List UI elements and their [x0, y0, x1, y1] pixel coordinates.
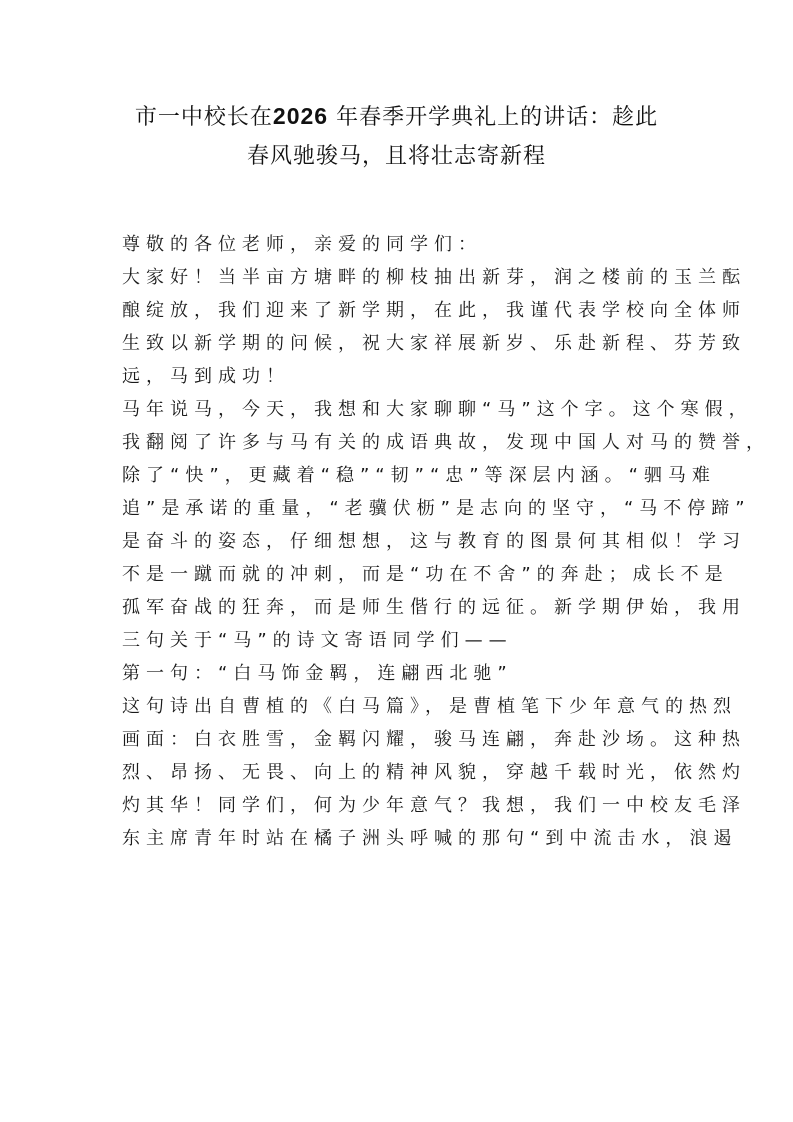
- title-line-2: 春风驰骏马，且将壮志寄新程: [100, 137, 693, 176]
- title-line-1: 市一中校长在2026 年春季开学典礼上的讲话：趁此: [100, 97, 693, 137]
- paragraph-line: 是奋斗的姿态，仔细想想，这与教育的图景何其相似！学习: [122, 525, 682, 558]
- document-body: 尊敬的各位老师，亲爱的同学们： 大家好！当半亩方塘畔的柳枝抽出新芽，润之楼前的玉…: [122, 228, 682, 855]
- title-suffix: 年春季开学典礼上的讲话：趁此: [336, 105, 658, 130]
- paragraph-line: 远，马到成功！: [122, 360, 682, 393]
- document-page: 市一中校长在2026 年春季开学典礼上的讲话：趁此 春风驰骏马，且将壮志寄新程 …: [0, 0, 793, 1122]
- paragraph-line: 生致以新学期的问候，祝大家祥展新岁、乐赴新程、芬芳致: [122, 327, 682, 360]
- paragraph-line: 这句诗出自曹植的《白马篇》，是曹植笔下少年意气的热烈: [122, 690, 682, 723]
- paragraph-line: 除了“快”，更藏着“稳”“韧”“忠”等深层内涵。“驷马难: [122, 459, 682, 492]
- paragraph-line: 灼其华！同学们，何为少年意气？我想，我们一中校友毛泽: [122, 789, 682, 822]
- title-year: 2026: [273, 103, 328, 129]
- document-title: 市一中校长在2026 年春季开学典礼上的讲话：趁此 春风驰骏马，且将壮志寄新程: [100, 97, 693, 176]
- section-heading-first-quote: 第一句：“白马饰金羁，连翩西北驰”: [122, 657, 682, 690]
- salutation: 尊敬的各位老师，亲爱的同学们：: [122, 228, 682, 261]
- title-prefix: 市一中校长在: [135, 105, 273, 130]
- paragraph-line: 酿绽放，我们迎来了新学期，在此，我谨代表学校向全体师: [122, 294, 682, 327]
- paragraph-line: 马年说马，今天，我想和大家聊聊“马”这个字。这个寒假，: [122, 393, 682, 426]
- paragraph-line: 孤军奋战的狂奔，而是师生偕行的远征。新学期伊始，我用: [122, 591, 682, 624]
- paragraph-line: 追”是承诺的重量，“老骥伏枥”是志向的坚守，“马不停蹄”: [122, 492, 682, 525]
- paragraph-line: 不是一蹴而就的冲刺，而是“功在不舍”的奔赴；成长不是: [122, 558, 682, 591]
- paragraph-line: 画面：白衣胜雪，金羁闪耀，骏马连翩，奔赴沙场。这种热: [122, 723, 682, 756]
- paragraph-line: 烈、昂扬、无畏、向上的精神风貌，穿越千载时光，依然灼: [122, 756, 682, 789]
- paragraph-line: 大家好！当半亩方塘畔的柳枝抽出新芽，润之楼前的玉兰酝: [122, 261, 682, 294]
- paragraph-line: 三句关于“马”的诗文寄语同学们——: [122, 624, 682, 657]
- paragraph-line: 东主席青年时站在橘子洲头呼喊的那句“到中流击水，浪遏: [122, 822, 682, 855]
- paragraph-line: 我翻阅了许多与马有关的成语典故，发现中国人对马的赞誉，: [122, 426, 682, 459]
